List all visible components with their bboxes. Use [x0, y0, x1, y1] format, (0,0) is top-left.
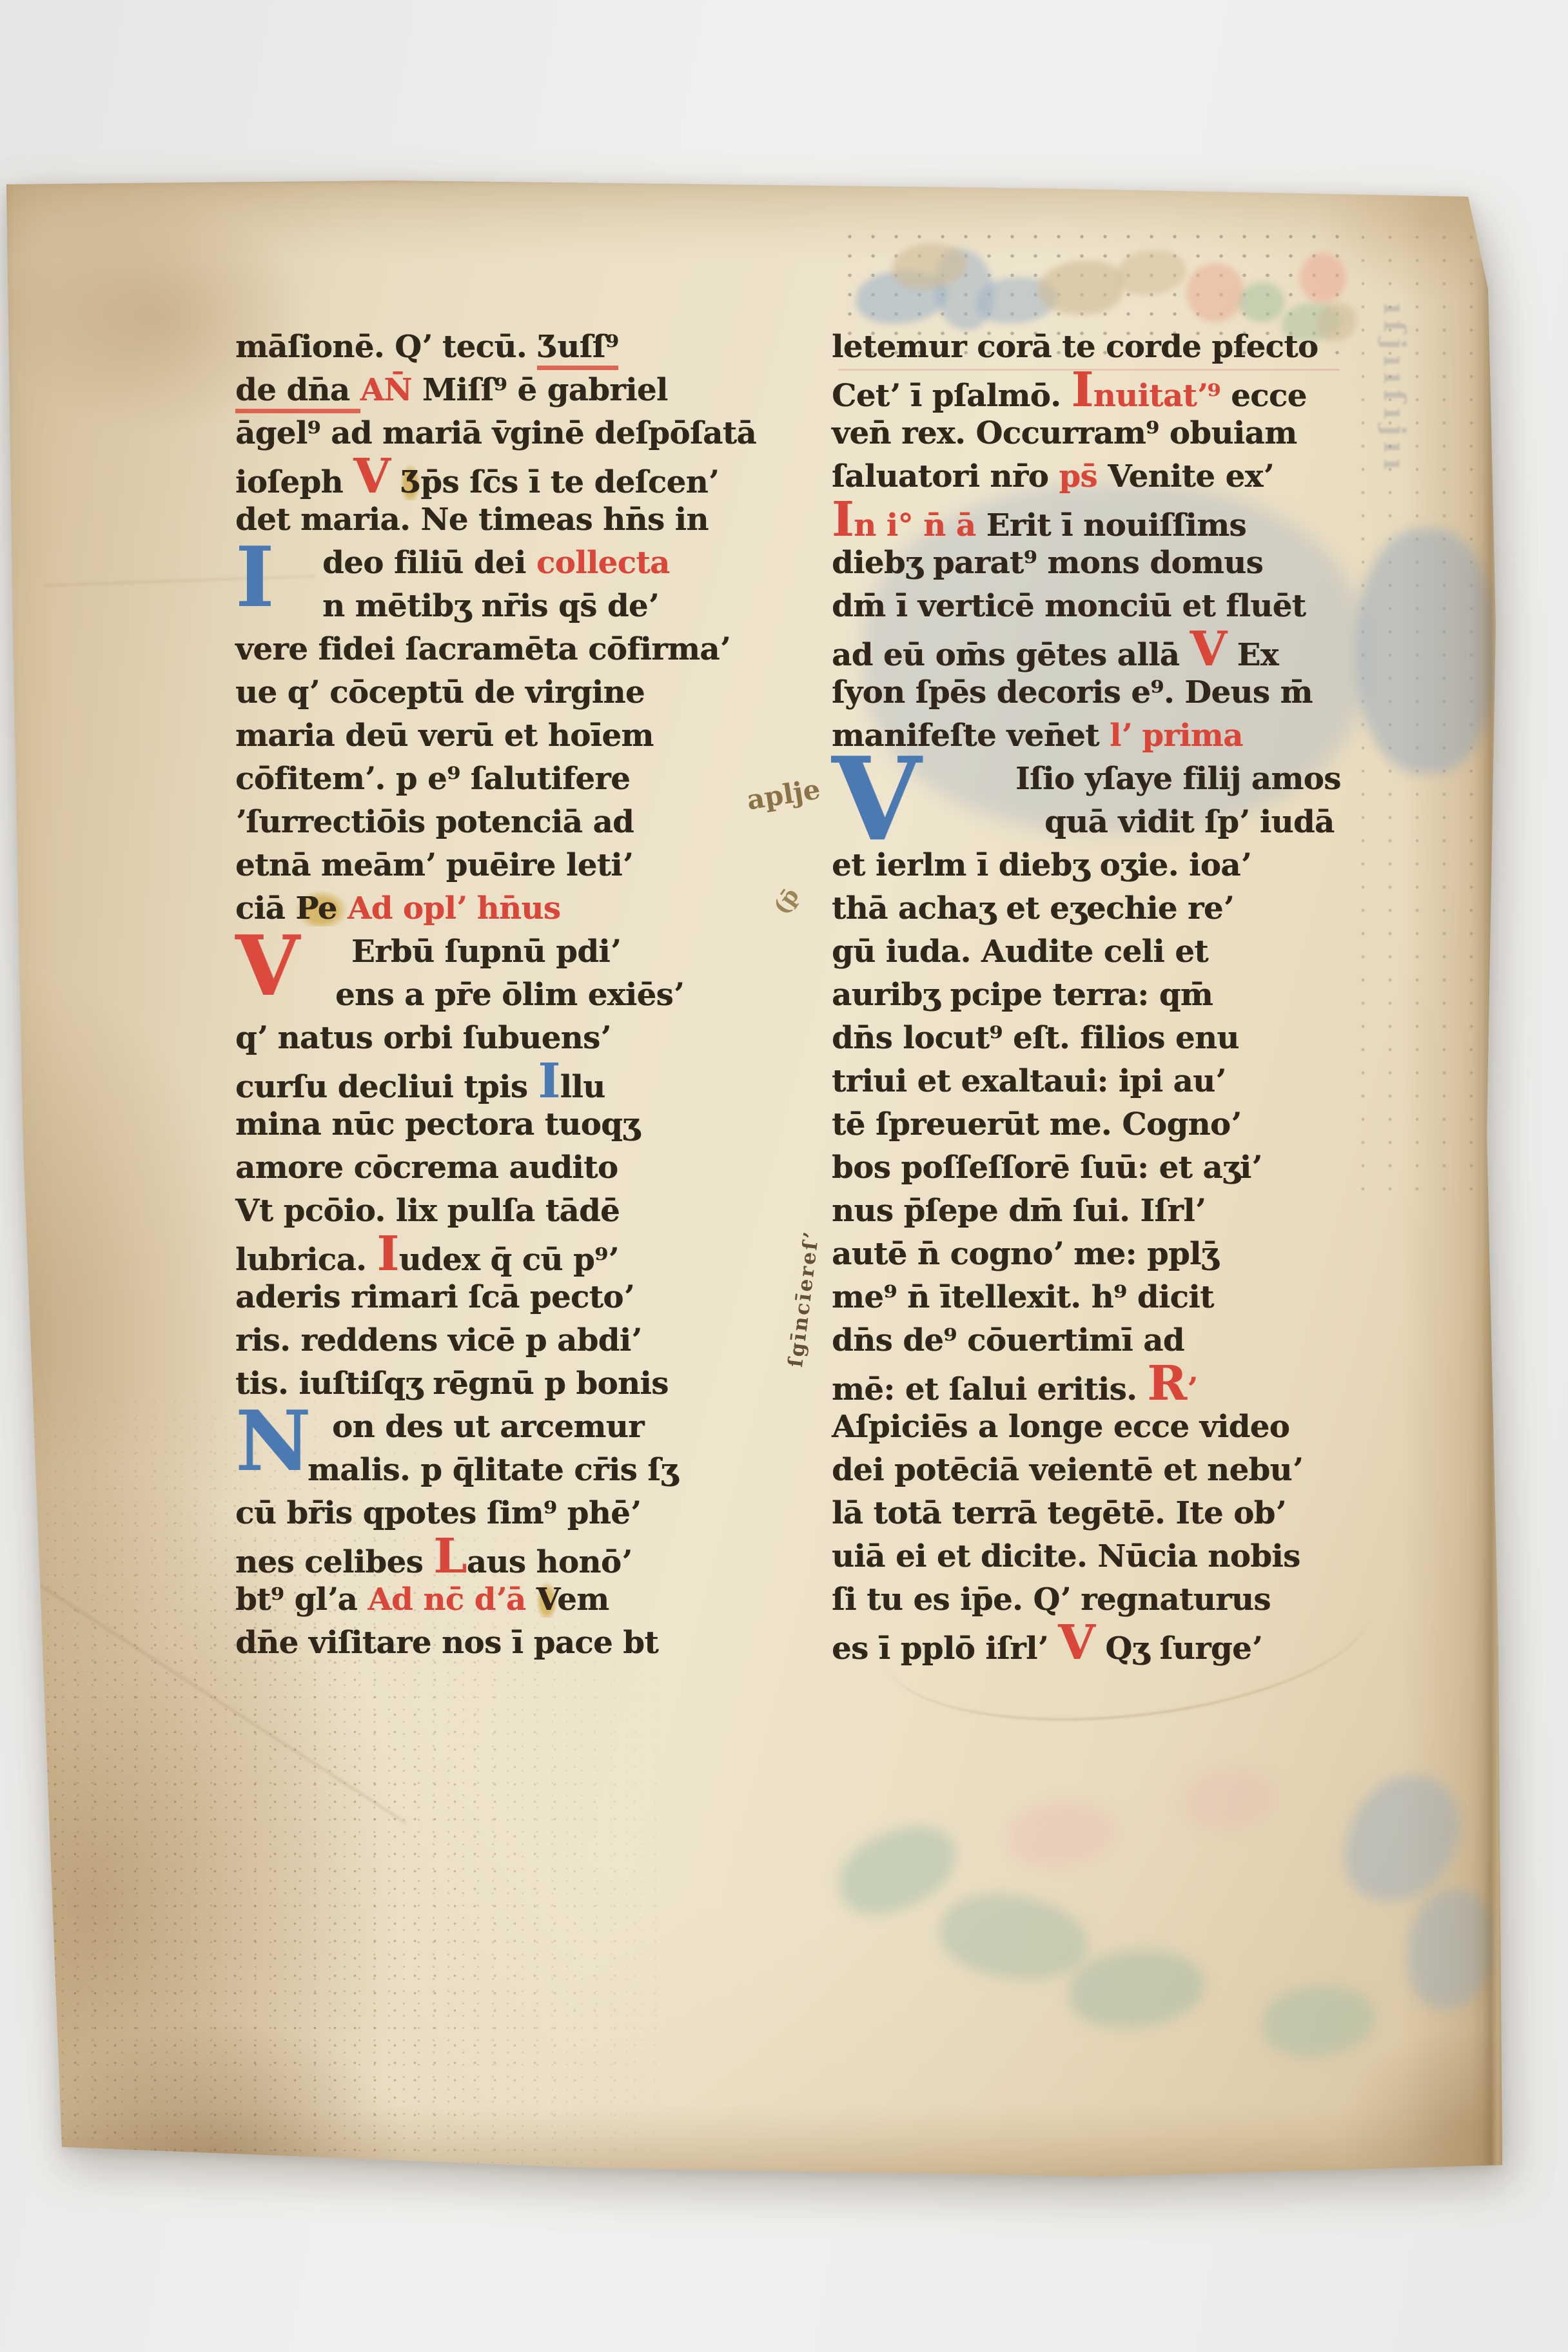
- text-line: ſyon ſpēs decoris e⁹. Deus m̄: [832, 671, 1386, 714]
- body-text: Erit ī nouiſſims: [986, 507, 1246, 544]
- text-line: dn̄s de⁹ cōuertimī ad: [832, 1319, 1386, 1362]
- floral-blob-rose: [1300, 253, 1346, 303]
- body-text: Erbū ſupnū pdiʼ: [351, 934, 620, 970]
- body-text: Qʒ ſurgeʼ: [1095, 1631, 1262, 1667]
- body-text: ſyon ſpēs decoris e⁹. Deus m̄: [832, 674, 1313, 710]
- body-text: Venite exʼ: [1108, 458, 1273, 495]
- text-line: thā achaʒ et eʒechie reʼ: [832, 887, 1386, 930]
- body-text: triui et exaltaui: ipi auʼ: [832, 1063, 1226, 1099]
- foliage-pink: [1008, 1802, 1114, 1867]
- body-text: Ex: [1226, 637, 1278, 673]
- blue-text: I: [538, 1053, 560, 1109]
- text-line: maria deū verū et hoīem: [235, 714, 816, 758]
- text-line: Cetʼ ī pſalmō. Inuitatʼ⁹ ecce: [832, 369, 1386, 412]
- floral-blob-salmon: [1186, 263, 1244, 322]
- body-text: cū br̄is qpotes ſim⁹ phēʼ: [235, 1495, 640, 1531]
- text-line: ue qʼ cōceptū de virgine: [235, 671, 816, 714]
- body-text: lubrica.: [235, 1242, 377, 1278]
- rubric-text: I: [832, 492, 854, 547]
- text-line: nus p̄ſepe dm̄ ſui. Iſrlʼ: [832, 1190, 1386, 1233]
- body-text: on des ut arcemur: [332, 1409, 644, 1445]
- body-text: nes celibes: [235, 1544, 433, 1580]
- body-text: auribʒ pcipe terra: qm̄: [832, 977, 1213, 1013]
- body-text: vere fidei ſacramēta cōfirmaʼ: [235, 631, 730, 667]
- text-line: ſaluatori nr̄o ps̄ Venite exʼ: [832, 455, 1386, 498]
- text-line: lā totā terrā tegētē. Ite obʼ: [832, 1492, 1386, 1535]
- text-line: tis. iuſtiſqʒ rēgnū p bonis: [235, 1362, 816, 1406]
- rubric-text: lʼ prima: [1110, 718, 1243, 754]
- body-text: Pe: [295, 890, 348, 926]
- text-line: dn̄e viſitare nos ī pace bt: [235, 1622, 816, 1665]
- body-text: mina nūc pectora tuoqʒ: [235, 1106, 640, 1142]
- text-line: det maria. Ne timeas hn̄s in: [235, 498, 816, 542]
- body-text: Aſpiciēs a longe ecce video: [832, 1409, 1289, 1445]
- body-text: dn̄s de⁹ cōuertimī ad: [832, 1322, 1184, 1358]
- manuscript-leaf-wrap: ıſjııſıjıı māſionē. Qʼ tecū. Ʒuſſ⁹de dn̄…: [0, 0, 1568, 2352]
- text-line: me⁹ n̄ ītellexit. h⁹ dicit: [832, 1276, 1386, 1319]
- body-text: em: [557, 1582, 609, 1618]
- body-text: det maria. Ne timeas hn̄s in: [235, 502, 709, 538]
- body-text: [390, 464, 400, 500]
- text-line: on des ut arcemur: [235, 1406, 816, 1449]
- rubric-text: Ad nc̄ dʼā: [367, 1582, 536, 1618]
- floral-blob-green: [1239, 282, 1284, 322]
- rubric-text: R: [1147, 1356, 1186, 1411]
- body-text: māſionē. Qʼ tecū.: [235, 329, 537, 365]
- text-line: tē ſpreuerūt me. Cognoʼ: [832, 1103, 1386, 1146]
- body-text: Ʒ: [400, 464, 420, 500]
- body-text: ris. reddens vicē p abdiʼ: [235, 1322, 642, 1358]
- text-line: etnā meāmʼ puēire letiʼ: [235, 844, 816, 887]
- body-text: ſi tu es ip̄e. Qʼ regnaturus: [832, 1582, 1271, 1618]
- body-text: Vt pcōio. lix pulſa tādē: [235, 1193, 620, 1229]
- text-line: curſu decliui tpis Illu: [235, 1060, 816, 1103]
- rubric-text: Ad oplʼ hn̄us: [348, 890, 560, 926]
- foliage-green: [828, 1814, 968, 1926]
- text-line: dn̄s locut⁹ eſt. filios enu: [832, 1017, 1386, 1060]
- body-text: etnā meāmʼ puēire letiʼ: [235, 847, 632, 883]
- body-text: es ī pplō iſrlʼ: [832, 1631, 1058, 1667]
- text-line: Vt pcōio. lix pulſa tādē: [235, 1190, 816, 1233]
- body-text: cōfitemʼ. p e⁹ ſalutifere: [235, 761, 630, 797]
- body-text: autē n̄ cognoʼ me: pplʒ̄: [832, 1236, 1219, 1272]
- text-line: cōfitemʼ. p e⁹ ſalutifere: [235, 758, 816, 801]
- text-line: malis. p q̄litate cr̄is ſʒ: [235, 1449, 816, 1492]
- body-text: ad eū om̄s gētes allā: [832, 637, 1190, 673]
- body-text: amore cōcrema audito: [235, 1150, 618, 1186]
- floral-blob-tan: [1038, 260, 1123, 315]
- body-text: gū iuda. Audite celi et: [832, 934, 1208, 970]
- text-line: bt⁹ glʼa Ad nc̄ dʼā Vem: [235, 1578, 816, 1622]
- text-line: deo filiū dei collecta: [235, 542, 816, 585]
- torn-right-edge: [1471, 258, 1507, 2166]
- floral-blob-tan: [1117, 250, 1186, 295]
- body-text: p̄s ſc̄s ī te deſcenʼ: [420, 464, 718, 500]
- body-text: qʼ natus orbi ſubuensʼ: [235, 1020, 611, 1056]
- text-line: aderis rimari ſcā pectoʼ: [235, 1276, 816, 1319]
- text-line: amore cōcrema audito: [235, 1146, 816, 1190]
- body-text: Cetʼ ī pſalmō.: [832, 378, 1072, 414]
- text-line: ad eū om̄s gētes allā V Ex: [832, 628, 1386, 671]
- illuminated-initial-V: V: [235, 928, 299, 1005]
- rubric-text: n i° n̄ ā: [854, 507, 986, 544]
- body-text: lā totā terrā tegētē. Ite obʼ: [832, 1495, 1286, 1531]
- text-line: mē: et ſalui eritis. Rʼ: [832, 1362, 1386, 1406]
- text-line: Aſpiciēs a longe ecce video: [832, 1406, 1386, 1449]
- body-text: nus p̄ſepe dm̄ ſui. Iſrlʼ: [832, 1193, 1205, 1229]
- text-line: letemur corā te corde pfecto: [832, 326, 1386, 369]
- body-text: diebʒ parat⁹ mons domus: [832, 545, 1263, 581]
- body-text: ven̄ rex. Occurram⁹ obuiam: [832, 415, 1297, 451]
- illuminated-initial-V: V: [832, 751, 921, 848]
- body-text: tē ſpreuerūt me. Cognoʼ: [832, 1106, 1241, 1142]
- text-line: ens a pr̄e ōlim exiēsʼ: [235, 974, 816, 1017]
- rubric-text: collecta: [536, 545, 670, 581]
- body-text: V: [536, 1582, 557, 1618]
- text-line: nes celibes Laus honōʼ: [235, 1535, 816, 1578]
- body-text: Iſio yſaye filij amos: [1015, 761, 1341, 797]
- text-line: ciā Pe Ad oplʼ hn̄us: [235, 887, 816, 930]
- rubric-text: V: [353, 449, 390, 504]
- body-text: dn̄s locut⁹ eſt. filios enu: [832, 1020, 1239, 1056]
- rubric-text: I: [1072, 362, 1093, 418]
- text-line: diebʒ parat⁹ mons domus: [832, 542, 1386, 585]
- body-text: ens a pr̄e ōlim exiēsʼ: [335, 977, 683, 1013]
- text-line: cū br̄is qpotes ſim⁹ phēʼ: [235, 1492, 816, 1535]
- body-text: dm̄ ī verticē monciū et fluēt: [832, 588, 1306, 624]
- manuscript-leaf: ıſjııſıjıı māſionē. Qʼ tecū. Ʒuſſ⁹de dn̄…: [5, 181, 1507, 2186]
- text-line: ʼſurrectiōis potenciā ad: [235, 801, 816, 844]
- body-text: ʼſurrectiōis potenciā ad: [235, 804, 634, 840]
- body-text: Miſſ⁹ ē gabriel: [422, 372, 668, 408]
- foliage-green: [1262, 1986, 1375, 2057]
- body-text: ioſeph: [235, 464, 353, 500]
- text-line: Erbū ſupnū pdiʼ: [235, 930, 816, 974]
- text-line: autē n̄ cognoʼ me: pplʒ̄: [832, 1233, 1386, 1276]
- body-text: me⁹ n̄ ītellexit. h⁹ dicit: [832, 1279, 1214, 1315]
- text-line: vere fidei ſacramēta cōfirmaʼ: [235, 628, 816, 671]
- rubric-text: ps̄: [1059, 458, 1108, 495]
- body-text: thā achaʒ et eʒechie reʼ: [832, 890, 1233, 926]
- text-line: de dn̄a AN̄ Miſſ⁹ ē gabriel: [235, 369, 816, 412]
- text-line: bos poſſeſſorē ſuū: et aʒiʼ: [832, 1146, 1386, 1190]
- body-text: ſaluatori nr̄o: [832, 458, 1059, 495]
- body-text: malis. p q̄litate cr̄is ſʒ: [308, 1452, 678, 1488]
- foliage-pink: [1185, 1770, 1275, 1829]
- body-text: mē: et ſalui eritis.: [832, 1371, 1147, 1407]
- illuminated-initial-N: N: [235, 1403, 311, 1480]
- body-text: Ʒuſſ⁹: [537, 329, 618, 370]
- foliage-green: [1069, 1950, 1204, 2028]
- rubric-text: L: [433, 1529, 467, 1584]
- photo-background: ıſjııſıjıı māſionē. Qʼ tecū. Ʒuſſ⁹de dn̄…: [0, 0, 1568, 2352]
- text-line: n mētibʒ nr̄is qs̄ deʼ: [235, 585, 816, 628]
- rubric-text: nuitatʼ⁹: [1093, 378, 1231, 414]
- body-text: n mētibʒ nr̄is qs̄ deʼ: [322, 588, 658, 624]
- rubric-text: V: [1058, 1615, 1095, 1671]
- text-line: ioſeph V Ʒp̄s ſc̄s ī te deſcenʼ: [235, 455, 816, 498]
- text-line: gū iuda. Audite celi et: [832, 930, 1386, 974]
- body-text: aus honōʼ: [467, 1544, 632, 1580]
- rubric-text: I: [377, 1226, 398, 1282]
- text-line: māſionē. Qʼ tecū. Ʒuſſ⁹: [235, 326, 816, 369]
- body-text: bt⁹ glʼa: [235, 1582, 367, 1618]
- text-line: es ī pplō iſrlʼ V Qʒ ſurgeʼ: [832, 1622, 1386, 1665]
- body-text: curſu decliui tpis: [235, 1069, 538, 1105]
- text-line: lubrica. Iudex q̄ cū p⁹ʼ: [235, 1233, 816, 1276]
- body-text: deo filiū dei: [322, 545, 536, 581]
- text-line: triui et exaltaui: ipi auʼ: [832, 1060, 1386, 1103]
- body-text: llu: [560, 1069, 605, 1105]
- rubric-text: AN̄: [360, 372, 422, 408]
- illuminated-initial-I: I: [235, 539, 273, 616]
- text-line: ven̄ rex. Occurram⁹ obuiam: [832, 412, 1386, 455]
- text-line: mina nūc pectora tuoqʒ: [235, 1103, 816, 1146]
- body-text: letemur corā te corde pfecto: [832, 329, 1318, 365]
- text-column-left: māſionē. Qʼ tecū. Ʒuſſ⁹de dn̄a AN̄ Miſſ⁹…: [235, 326, 816, 1665]
- text-column-right: letemur corā te corde pfectoCetʼ ī pſalm…: [832, 326, 1386, 1665]
- text-line: uiā ei et dicite. Nūcia nobis: [832, 1535, 1386, 1578]
- body-text: āgel⁹ ad mariā v̄ginē deſpōſatā: [235, 415, 756, 451]
- text-line: ris. reddens vicē p abdiʼ: [235, 1319, 816, 1362]
- body-text: dn̄e viſitare nos ī pace bt: [235, 1625, 658, 1661]
- body-text: ue qʼ cōceptū de virgine: [235, 674, 645, 710]
- body-text: aderis rimari ſcā pectoʼ: [235, 1279, 634, 1315]
- body-text: uiā ei et dicite. Nūcia nobis: [832, 1538, 1300, 1574]
- rubric-text: V: [1190, 622, 1227, 677]
- body-text: de dn̄a: [235, 372, 360, 413]
- body-text: dei potēciā veientē et nebuʼ: [832, 1452, 1302, 1488]
- text-line: qʼ natus orbi ſubuensʼ: [235, 1017, 816, 1060]
- text-line: ſi tu es ip̄e. Qʼ regnaturus: [832, 1578, 1386, 1622]
- body-text: ecce: [1231, 378, 1307, 414]
- rubric-text: ʼ: [1186, 1371, 1197, 1407]
- text-line: āgel⁹ ad mariā v̄ginē deſpōſatā: [235, 412, 816, 455]
- text-line: dm̄ ī verticē monciū et fluēt: [832, 585, 1386, 628]
- body-text: bos poſſeſſorē ſuū: et aʒiʼ: [832, 1150, 1262, 1186]
- body-text: udex q̄ cū p⁹ʼ: [399, 1242, 618, 1278]
- body-text: quā vidit ſpʼ iudā: [1044, 804, 1335, 840]
- text-line: auribʒ pcipe terra: qm̄: [832, 974, 1386, 1017]
- text-line: dei potēciā veientē et nebuʼ: [832, 1449, 1386, 1492]
- text-line: In i° n̄ ā Erit ī nouiſſims: [832, 498, 1386, 542]
- body-text: maria deū verū et hoīem: [235, 718, 654, 754]
